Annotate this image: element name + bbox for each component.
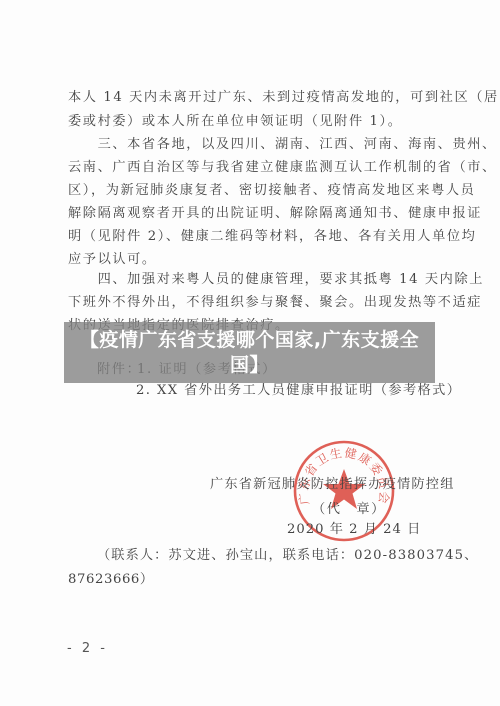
issuer-name: 广东省新冠肺炎防控指挥办疫情防控组 <box>210 477 455 493</box>
overlay-title: 【疫情广东省支援哪个国家,广东支援全国】 <box>70 328 430 378</box>
document-page: 本人 14 天内未离开过广东、未到过疫情高发地的，可到社区（居 委或村委）或本人… <box>0 0 500 706</box>
paragraph-line: 区），为新冠肺炎康复者、密切接触者、疫情高发地区来粤人员 <box>68 183 475 199</box>
contact-line-1: （联系人：苏文进、孙宝山，联系电话：020-83803745、 <box>97 548 478 564</box>
seal-note: （代 章） <box>312 502 386 518</box>
paragraph-line: 本人 14 天内未离开过广东、未到过疫情高发地的，可到社区（居 <box>68 90 499 106</box>
paragraph-line: 三、本省各地，以及四川、湖南、江西、河南、海南、贵州、 <box>68 137 497 153</box>
contact-line-2: 87623666） <box>68 572 154 588</box>
attachment-item-2: 2. XX 省外出务工人员健康申报证明（参考格式） <box>136 383 461 399</box>
paragraph-line: 明（见附件 2）、健康二维码等材料，各地、各有关用人单位均 <box>68 229 476 245</box>
paragraph-line: 四、加强对来粤人员的健康管理，要求其抵粤 14 天内除上 <box>68 272 484 288</box>
title-overlay-banner: 【疫情广东省支援哪个国家,广东支援全国】 <box>64 322 435 383</box>
paragraph-line: 下班外不得外出，不得组织参与聚餐、聚会。出现发热等不适症 <box>68 295 482 311</box>
paragraph-line: 解除隔离观察者开具的出院证明、解除隔离通知书、健康申报证 <box>68 206 482 222</box>
paragraph-line: 委或村委）或本人所在单位申领证明（见附件 1）。 <box>68 114 403 130</box>
page-number: - 2 - <box>67 641 108 656</box>
paragraph-line: 应予以认可。 <box>68 252 157 268</box>
paragraph-line: 云南、广西自治区等与我省建立健康监测互认工作机制的省（市、 <box>68 160 497 176</box>
document-date: 2020 年 2 月 24 日 <box>287 522 421 538</box>
